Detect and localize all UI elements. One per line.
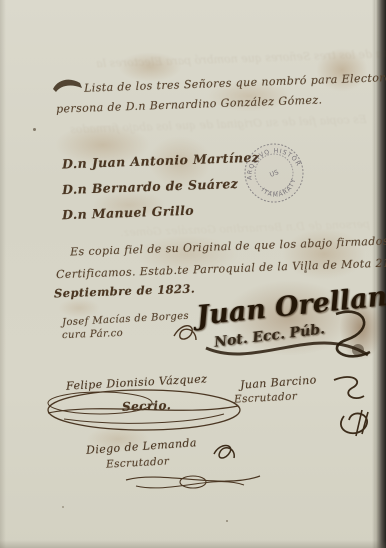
escrutador2-knot-flourish [208,438,240,466]
signature-escrutador1-role: Escrutador [234,390,298,405]
certification-line-3: Septiembre de 1823. [54,282,196,301]
signature-secretario-role: Secrio. [122,398,172,414]
manuscript-page: Lista de los tres Señores que nombró par… [0,0,386,548]
archive-stamp: ARQUIVO HISTÓRICO ITAMARATY US [231,131,316,215]
bleedthrough-text: Lista de los tres Señores que nombró par… [96,47,386,71]
bleedthrough-text: Es copia fiel de su Original de que los … [70,113,367,136]
signature-escrutador2-name: Diego de Lemanda [86,436,198,457]
ink-speck [33,128,36,131]
opening-swash [50,76,86,94]
presidente-rubric-flourish [196,300,382,370]
heading-line-2: persona de D.n Bernardino González Gómez… [56,93,323,115]
elector-name-3: D.n Manuel Grillo [62,203,194,223]
signature-cura-role: cura Pár.co [62,328,123,341]
ink-speck [226,520,228,522]
ink-speck [62,506,64,508]
elector-name-1: D.n Juan Antonio Martínez [62,150,260,172]
signature-escrutador1-name: Juan Barcino [240,373,317,391]
heading-line-1: Lista de los tres Señores que nombró par… [84,70,386,94]
escrutador2-rubric-flourish [122,466,266,492]
certification-line-1: Es copia fiel de su Original de que los … [70,234,386,258]
escrutador1-rubric-flourish [322,370,380,442]
certification-line-2: Certificamos. Estab.te Parroquial de la … [56,256,386,281]
paper-edge-left [0,0,6,548]
paper-edge-bottom [0,540,386,548]
elector-name-2: D.n Bernardo de Suárez [62,176,239,197]
